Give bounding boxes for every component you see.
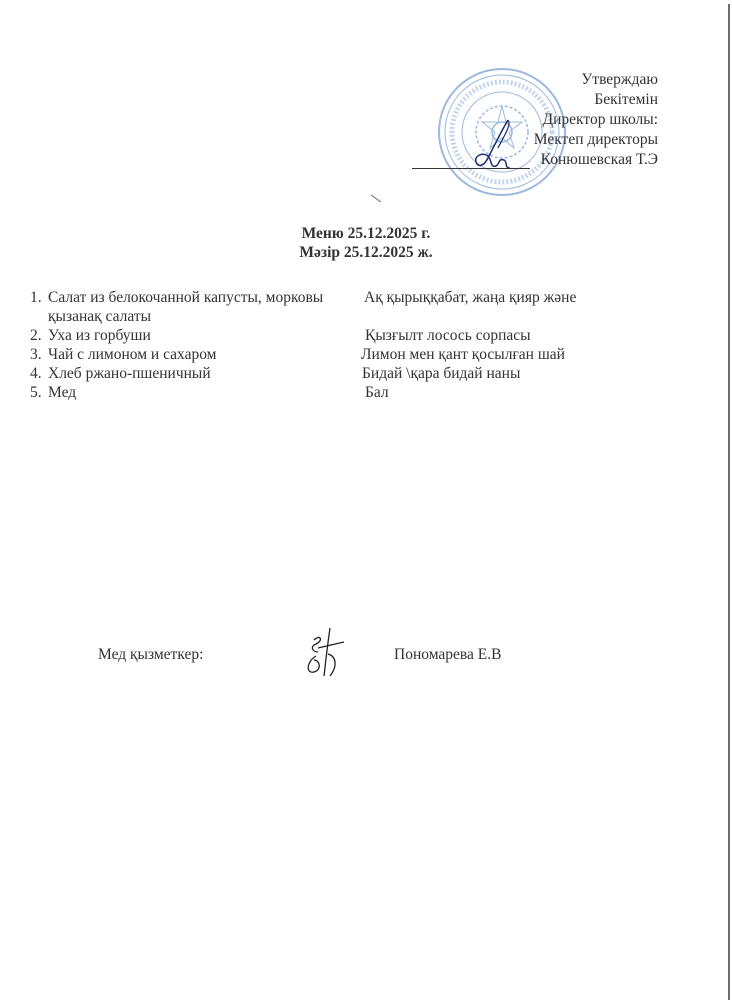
nurse-name: Пономарева Е.В xyxy=(394,646,501,664)
item-name-kz: Бал xyxy=(365,383,389,402)
item-name-kz: Бидай \қара бидай наны xyxy=(362,364,520,383)
item-name-kz: Қызғылт лосось сорпасы xyxy=(365,326,531,345)
director-title-ru: Директор школы: xyxy=(534,110,658,130)
item-name-ru: Уха из горбуши xyxy=(48,326,151,345)
approval-line-kz: Бекітемін xyxy=(534,90,658,110)
menu-list: 1. Салат из белокочанной капусты, морков… xyxy=(30,288,670,402)
scan-mark xyxy=(371,195,381,203)
nurse-label: Мед қызметкер: xyxy=(98,646,203,664)
approval-line-ru: Утверждаю xyxy=(534,70,658,90)
item-name-ru: Салат из белокочанной капусты, морковы xyxy=(48,288,323,307)
item-name-ru: Хлеб ржано-пшеничный xyxy=(48,364,211,383)
item-name-kz: Ақ қырыққабат, жаңа қияр және xyxy=(364,288,576,307)
menu-title-ru: Меню 25.12.2025 г. xyxy=(0,225,732,243)
item-name-kz: Лимон мен қант қосылған шай xyxy=(361,345,565,364)
menu-item-continuation: қызанақ салаты xyxy=(30,307,670,326)
scan-edge-line xyxy=(728,4,730,1000)
menu-item: 3. Чай с лимоном и сахаром Лимон мен қан… xyxy=(30,345,670,364)
director-name: Конюшевская Т.Э xyxy=(534,150,658,170)
nurse-signature-icon xyxy=(300,626,348,678)
director-signature-icon xyxy=(468,118,528,173)
menu-item: 1. Салат из белокочанной капусты, морков… xyxy=(30,288,670,307)
menu-item: 5. Мед Бал xyxy=(30,383,670,402)
item-name-kz-continuation: қызанақ салаты xyxy=(48,307,151,326)
item-name-ru: Чай с лимоном и сахаром xyxy=(48,345,216,364)
menu-item: 2. Уха из горбуши Қызғылт лосось сорпасы xyxy=(30,326,670,345)
director-title-kz: Мектеп директоры xyxy=(534,130,658,150)
menu-title-kz: Мәзір 25.12.2025 ж. xyxy=(0,244,732,262)
menu-item: 4. Хлеб ржано-пшеничный Бидай \қара бида… xyxy=(30,364,670,383)
approval-block: Утверждаю Бекітемін Директор школы: Мект… xyxy=(534,70,658,170)
item-name-ru: Мед xyxy=(48,383,76,402)
signature-line xyxy=(412,168,530,169)
